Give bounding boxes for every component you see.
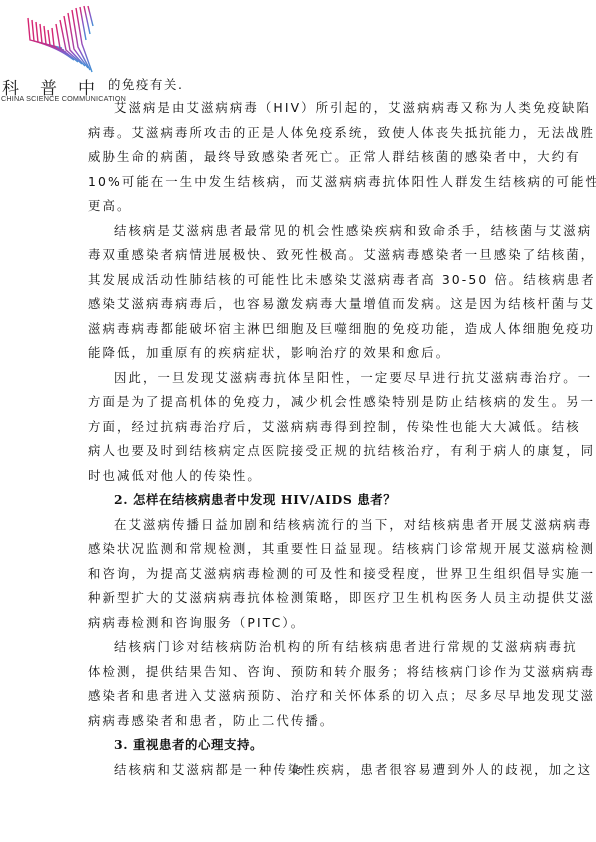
paragraph-line: 毒双重感染者病情进展极快、致死性极高。艾滋病毒感染者一旦感染了结核菌，	[88, 247, 595, 263]
paragraph-line: 方面是为了提高机体的免疫力，减少机会性感染特别是防止结核病的发生。另一	[88, 394, 595, 410]
paragraph-line: 因此，一旦发现艾滋病毒抗体呈阳性，一定要尽早进行抗艾滋病毒治疗。一	[114, 370, 592, 386]
paragraph-line: 威胁生命的病菌，最终导致感染者死亡。正常人群结核菌的感染者中，大约有	[88, 149, 581, 165]
paragraph-line: 时也减低对他人的传染性。	[88, 468, 262, 484]
paragraph-line: 病毒。艾滋病毒所攻击的正是人体免疫系统，致使人体丧失抵抗能力，无法战胜	[88, 125, 595, 141]
paragraph-line: 其发展成活动性肺结核的可能性比未感染艾滋病毒者高 30-50 倍。结核病患者再	[88, 272, 596, 288]
paragraph-line: 能降低，加重原有的疾病症状，影响治疗的效果和愈后。	[88, 345, 450, 361]
paragraph-line: 滋病毒病毒都能破坏宿主淋巴细胞及巨噬细胞的免疫功能，造成人体细胞免疫功	[88, 321, 595, 337]
paragraph-line: 结核病门诊对结核病防治机构的所有结核病患者进行常规的艾滋病病毒抗	[114, 639, 578, 655]
paragraph-line: 感染者和患者进入艾滋病预防、治疗和关怀体系的切入点；尽多尽早地发现艾滋	[88, 688, 595, 704]
page-number: 55	[0, 766, 596, 776]
section-heading: 2. 怎样在结核病患者中发现 HIV/AIDS 患者？	[114, 492, 396, 508]
paragraph-line: 方面，经过抗病毒治疗后，艾滋病病毒得到控制，传染性也能大大减低。结核	[88, 419, 581, 435]
paragraph-line: 病病毒检测和咨询服务（PITC）。	[88, 615, 305, 631]
paragraph-line: 艾滋病是由艾滋病病毒（HIV）所引起的，艾滋病病毒又称为人类免疫缺陷	[114, 100, 591, 116]
paragraph-line: 感染艾滋病毒病毒后，也容易激发病毒大量增值而发病。这是因为结核杆菌与艾	[88, 296, 595, 312]
paragraph-line: 更高。	[88, 198, 131, 214]
paragraph-line: 感染状况监测和常规检测，其重要性日益显现。结核病门诊常规开展艾滋病检测	[88, 541, 595, 557]
paragraph-line: 和咨询，为提高艾滋病病毒检测的可及性和接受程度，世界卫生组织倡导实施一	[88, 566, 595, 582]
paragraph-line: 病人也要及时到结核病定点医院接受正规的抗结核治疗，有利于病人的康复，同	[88, 443, 595, 459]
section-heading: 3. 重视患者的心理支持。	[114, 737, 263, 753]
logo-english-text: CHINA SCIENCE COMMUNICATION	[1, 94, 126, 103]
carryover-text: 的免疫有关.	[108, 75, 184, 93]
paragraph-line: 体检测，提供结果告知、咨询、预防和转介服务；将结核病门诊作为艾滋病病毒	[88, 664, 595, 680]
paragraph-line: 结核病是艾滋病患者最常见的机会性感染疾病和致命杀手，结核菌与艾滋病	[114, 223, 592, 239]
paragraph-line: 在艾滋病传播日益加剧和结核病流行的当下，对结核病患者开展艾滋病病毒	[114, 517, 592, 533]
paragraph-line: 种新型扩大的艾滋病病毒抗体检测策略，即医疗卫生机构医务人员主动提供艾滋	[88, 590, 595, 606]
paragraph-line: 10%可能在一生中发生结核病，而艾滋病病毒抗体阳性人群发生结核病的可能性	[88, 174, 596, 190]
wave-logo-icon	[22, 4, 112, 74]
paragraph-line: 病病毒感染者和患者，防止二代传播。	[88, 713, 334, 729]
